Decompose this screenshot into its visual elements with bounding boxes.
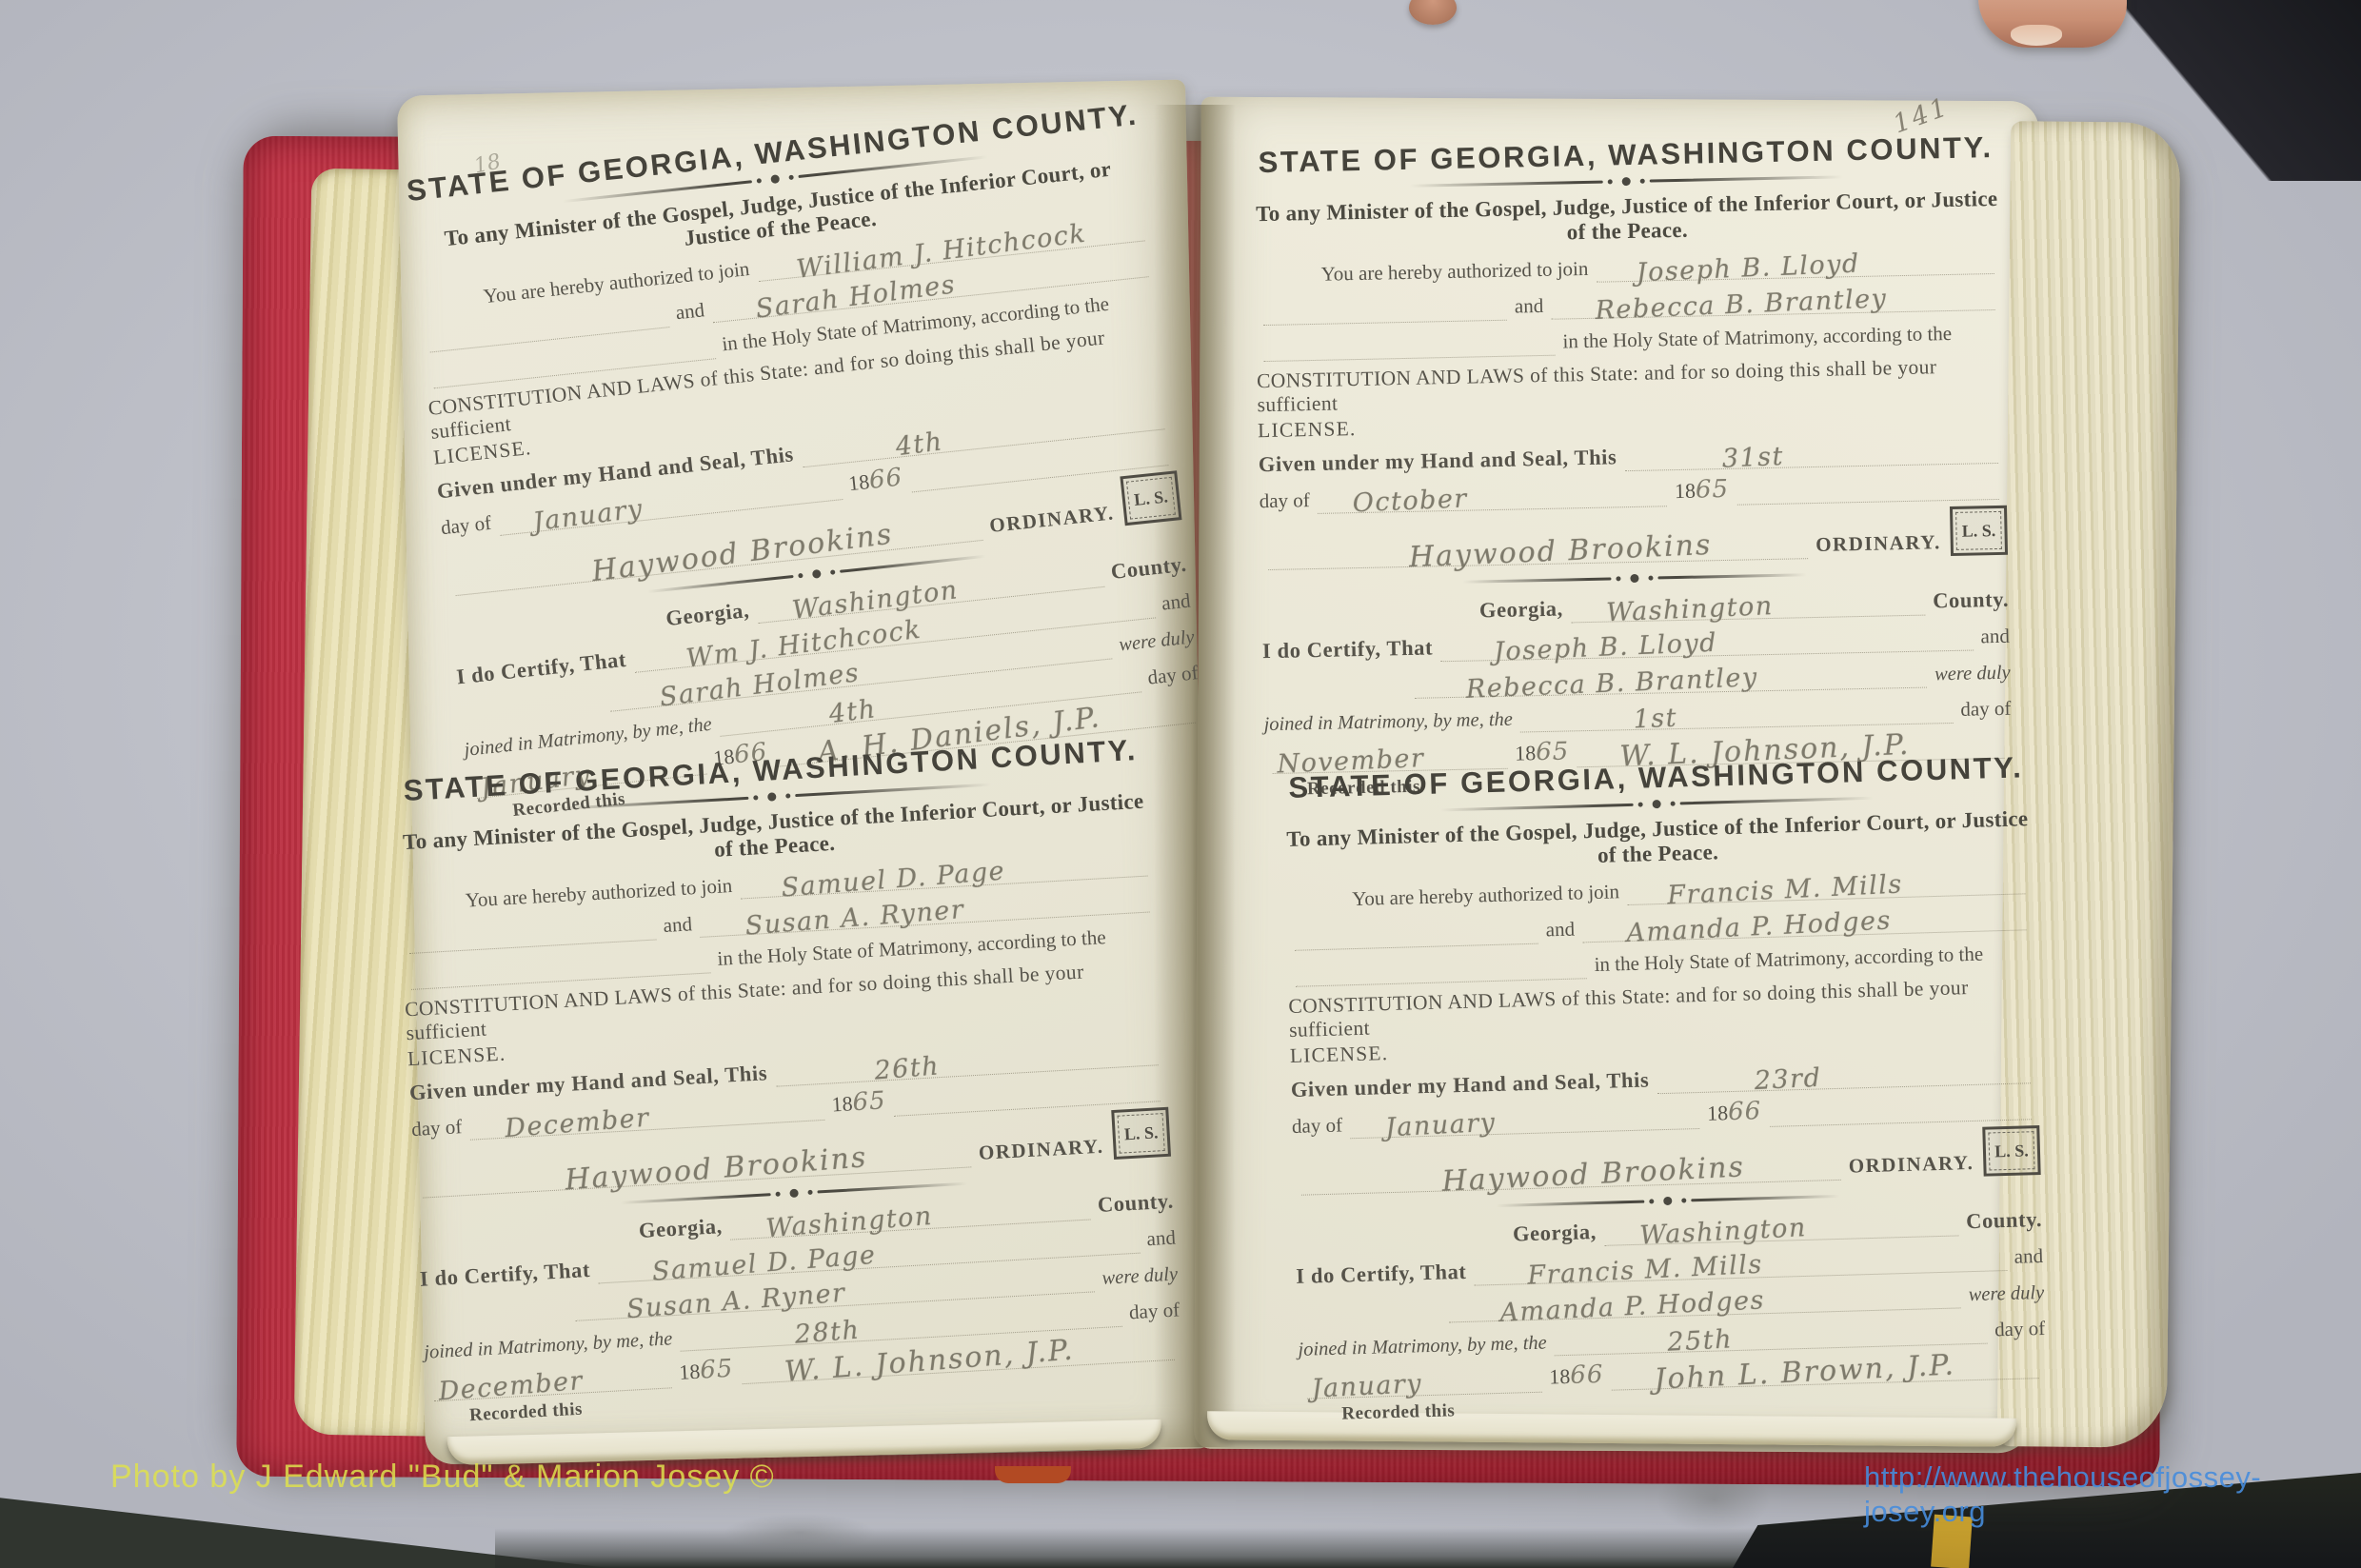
matrimony-label: in the Holy State of Matrimony, accordin… xyxy=(1562,322,1952,356)
ordinary-label: ORDINARY. xyxy=(1815,530,1941,559)
georgia-label: Georgia, xyxy=(638,1214,723,1245)
seal-text: L. S. xyxy=(1133,486,1169,510)
blank-line xyxy=(1263,326,1556,362)
license-month-line: October xyxy=(1317,476,1667,514)
license-day: 23rd xyxy=(1754,1063,1822,1096)
county-line: Washington xyxy=(1570,586,1925,624)
seal-text: L. S. xyxy=(1962,521,1996,542)
seal-text: L. S. xyxy=(1123,1122,1159,1144)
ornament-divider xyxy=(1462,568,1806,587)
county-name: Washington xyxy=(1639,1213,1808,1251)
and-label: and xyxy=(663,912,693,940)
ls-seal: L. S. xyxy=(1982,1125,2040,1177)
license-month: October xyxy=(1352,484,1468,518)
married-year-suffix: 65 xyxy=(699,1355,734,1385)
certify-label: I do Certify, That xyxy=(419,1258,590,1294)
license-month: January xyxy=(1384,1108,1497,1143)
groom-line: Joseph B. Lloyd xyxy=(1596,244,1994,283)
fingertip-large xyxy=(1978,0,2127,48)
county-label: County. xyxy=(1966,1207,2043,1236)
license-day-line: 31st xyxy=(1624,433,1998,471)
spacer xyxy=(1304,1294,1434,1327)
blank-line xyxy=(1294,914,1538,951)
married-month-line: January xyxy=(1306,1362,1542,1399)
ordinary-label: ORDINARY. xyxy=(978,1135,1104,1167)
day-of-label: day of xyxy=(411,1115,464,1143)
table-edge-shadow xyxy=(495,1528,1828,1568)
were-duly-label: were duly xyxy=(1118,626,1196,658)
blank-line xyxy=(1262,290,1507,326)
table-smudge xyxy=(724,1514,876,1552)
ls-seal: L. S. xyxy=(1111,1107,1171,1160)
matrimony-label: in the Holy State of Matrimony, accordin… xyxy=(1594,943,1983,979)
year: 1866 xyxy=(1707,1097,1762,1129)
georgia-label: Georgia, xyxy=(665,598,750,633)
certify-groom-line: Joseph B. Lloyd xyxy=(1440,621,1974,663)
seal-text: L. S. xyxy=(1994,1141,2029,1161)
day-of-label: day of xyxy=(1292,1114,1343,1141)
county-line: Washington xyxy=(1603,1206,1958,1246)
groom-line: Francis M. Mills xyxy=(1626,863,2025,905)
cover-peek-bottom xyxy=(995,1466,1071,1483)
and-label: and xyxy=(1545,918,1575,944)
certify-label: I do Certify, That xyxy=(1296,1260,1467,1291)
blank-line xyxy=(1736,469,1999,506)
were-duly-label: were duly xyxy=(1101,1264,1179,1292)
spacer xyxy=(428,1293,560,1330)
were-duly-label: were duly xyxy=(1968,1282,2044,1308)
year: 1866 xyxy=(847,464,904,500)
license-year-suffix: 66 xyxy=(868,464,904,496)
website-watermark: http://www.thehouseofjossey-josey.org xyxy=(1864,1460,2361,1529)
day-of-label: day of xyxy=(1960,697,2012,724)
license-day: 26th xyxy=(874,1051,942,1085)
county-label: County. xyxy=(1933,587,2009,616)
married-day: 28th xyxy=(794,1316,862,1350)
year: 1866 xyxy=(1549,1360,1604,1393)
photo-credit-watermark: Photo by J Edward "Bud" & Marion Josey © xyxy=(110,1459,775,1496)
spacer xyxy=(425,1217,632,1258)
blank-line xyxy=(1769,1089,2032,1127)
ls-seal: L. S. xyxy=(1950,506,2008,556)
license-year-suffix: 66 xyxy=(1728,1097,1762,1126)
authorize-label: You are hereby authorized to join xyxy=(1320,257,1588,288)
year: 1865 xyxy=(1675,475,1730,506)
marriage-record-mills-hodges: STATE OF GEORGIA, WASHINGTON COUNTY. To … xyxy=(1282,751,2048,1426)
married-day: 25th xyxy=(1666,1325,1733,1358)
ordinary-signature: Haywood Brookins xyxy=(1408,528,1713,574)
joined-label: joined in Matrimony, by me, the xyxy=(1298,1333,1547,1363)
license-day: 31st xyxy=(1721,442,1784,474)
ordinary-signature-line: Haywood Brookins xyxy=(1300,1150,1841,1196)
groom-name: Joseph B. Lloyd xyxy=(1636,249,1860,288)
day-of-label: day of xyxy=(440,511,493,542)
ordinary-label: ORDINARY. xyxy=(988,501,1116,540)
georgia-label: Georgia, xyxy=(1479,597,1563,625)
license-year-suffix: 65 xyxy=(1696,475,1730,505)
county-label: County. xyxy=(1097,1189,1174,1220)
and-label: and xyxy=(2014,1244,2043,1271)
married-year-suffix: 65 xyxy=(1536,738,1570,767)
day-of-label: day of xyxy=(1259,488,1310,515)
license-year-suffix: 65 xyxy=(852,1086,887,1117)
given-label: Given under my Hand and Seal, This xyxy=(1291,1068,1650,1105)
day-of-label: day of xyxy=(1994,1317,2046,1343)
marriage-record-hitchcock-holmes: STATE OF GEORGIA, WASHINGTON COUNTY. To … xyxy=(404,98,1206,825)
married-year-suffix: 66 xyxy=(1570,1360,1604,1390)
and-label: and xyxy=(674,298,705,327)
married-month: January xyxy=(1311,1369,1423,1404)
license-day: 4th xyxy=(894,427,944,462)
married-day: 1st xyxy=(1632,704,1677,735)
ls-seal: L. S. xyxy=(1120,470,1181,526)
given-label: Given under my Hand and Seal, This xyxy=(1259,445,1617,479)
were-duly-label: were duly xyxy=(1934,663,2011,688)
ordinary-label: ORDINARY. xyxy=(1848,1151,1974,1181)
and-label: and xyxy=(1161,589,1192,618)
marriage-record-page-ryner: STATE OF GEORGIA, WASHINGTON COUNTY. To … xyxy=(391,733,1183,1428)
and-label: and xyxy=(1515,294,1544,321)
ordinary-signature: Haywood Brookins xyxy=(1440,1150,1745,1199)
bride-line: Amanda P. Hodges xyxy=(1582,900,2027,943)
spacer xyxy=(1302,1220,1506,1255)
georgia-label: Georgia, xyxy=(1513,1220,1597,1248)
day-of-label: day of xyxy=(1128,1299,1180,1327)
salutation: To any Minister of the Gospel, Judge, Ju… xyxy=(1253,187,2001,251)
year: 1865 xyxy=(831,1086,887,1120)
certify-label: I do Certify, That xyxy=(1262,636,1434,666)
joined-label: joined in Matrimony, by me, the xyxy=(1263,709,1513,738)
bride-line: Rebecca B. Brantley xyxy=(1551,280,1995,320)
ordinary-signature-line: Haywood Brookins xyxy=(1268,528,1809,570)
fingertip-small xyxy=(1409,0,1457,25)
day-of-label: day of xyxy=(1146,661,1200,691)
certify-bride-line: Rebecca B. Brantley xyxy=(1414,658,1927,699)
married-day: 4th xyxy=(827,694,878,729)
license-month-line: January xyxy=(1350,1099,1700,1139)
and-label: and xyxy=(1146,1226,1177,1254)
marriage-record-lloyd-brantley: STATE OF GEORGIA, WASHINGTON COUNTY. To … xyxy=(1252,131,2013,801)
spacer xyxy=(1270,669,1399,702)
certify-groom: Joseph B. Lloyd xyxy=(1494,628,1718,667)
photo-canvas: 141 18 STATE OF GEORGIA, WASHINGTON COUN… xyxy=(0,0,2361,1568)
county-label: County. xyxy=(1110,552,1188,586)
license-day-line: 23rd xyxy=(1657,1053,2031,1094)
year: 1865 xyxy=(679,1355,735,1388)
county-name: Washington xyxy=(1606,591,1775,627)
fingernail xyxy=(2011,25,2062,46)
and-label: and xyxy=(1980,625,2010,651)
authorize-label: You are hereby authorized to join xyxy=(1352,880,1619,913)
spacer xyxy=(1269,596,1472,629)
blank-line xyxy=(1295,948,1587,987)
